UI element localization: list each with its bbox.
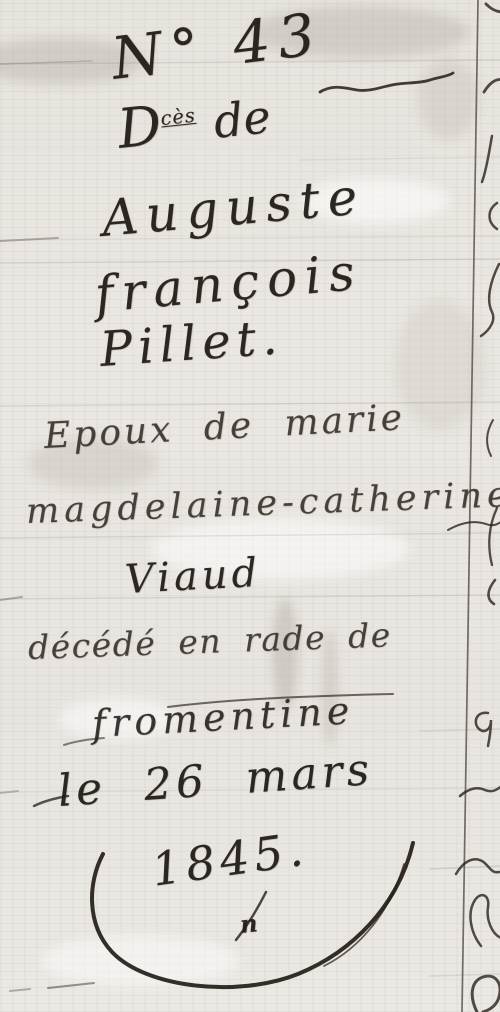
death-place-line-1: décédé en rade de xyxy=(27,615,392,667)
death-label-superscript: cès xyxy=(159,104,196,131)
given-name-line-1: Auguste xyxy=(99,167,367,248)
ruled-line xyxy=(430,974,500,976)
ink-fragment xyxy=(482,136,492,182)
death-label-particle: de xyxy=(211,89,273,149)
death-date-line: le 26 mars xyxy=(56,744,374,817)
ruled-line xyxy=(0,533,500,538)
ink-mark xyxy=(10,989,30,991)
ink-fragment xyxy=(486,4,500,12)
death-label: Dcèsde xyxy=(115,82,274,161)
ink-fragment xyxy=(448,519,500,530)
death-label-initial: D xyxy=(115,94,165,161)
surname-line: Pillet. xyxy=(98,309,285,378)
closing-flourish-inner-stroke xyxy=(324,864,404,966)
ink-mark xyxy=(48,983,94,988)
ruled-line xyxy=(0,791,18,793)
ink-fragment xyxy=(489,508,497,565)
ruled-line xyxy=(0,238,58,241)
ruled-line xyxy=(300,157,500,160)
ink-fragment xyxy=(476,713,491,746)
ink-fragment xyxy=(487,420,493,456)
spouse-line-1: Epoux de marie xyxy=(43,397,406,457)
ink-fragment xyxy=(460,785,500,796)
ink-fragment xyxy=(490,203,498,229)
ink-fragment xyxy=(456,859,499,874)
ruled-line xyxy=(0,597,22,600)
ink-fragment xyxy=(484,80,500,93)
paper-stain xyxy=(395,300,485,430)
ruled-line xyxy=(0,61,92,64)
ruled-line xyxy=(420,729,500,731)
spouse-line-2: magdelaine-catherine xyxy=(25,475,500,532)
ruled-line xyxy=(430,866,500,869)
register-page-scan: N° 43 Dcèsde Auguste françois Pillet. Ep… xyxy=(0,0,500,1012)
ruled-line xyxy=(0,236,500,240)
ink-fragment xyxy=(470,895,500,946)
ink-fragment xyxy=(481,264,499,336)
ink-fragment xyxy=(488,580,495,604)
paper-stain xyxy=(40,935,240,987)
spouse-surname-line: Viaud xyxy=(124,550,262,603)
death-place-line-2: fromentine xyxy=(91,688,355,746)
death-year-line: 1845. xyxy=(148,821,311,896)
entry-number-dash xyxy=(320,73,453,92)
entry-number: N° 43 xyxy=(108,0,327,93)
paraph-mark: n xyxy=(238,908,258,939)
paper-stain xyxy=(418,58,478,140)
ink-fragment xyxy=(472,976,500,1012)
given-name-line-2: françois xyxy=(92,243,364,324)
